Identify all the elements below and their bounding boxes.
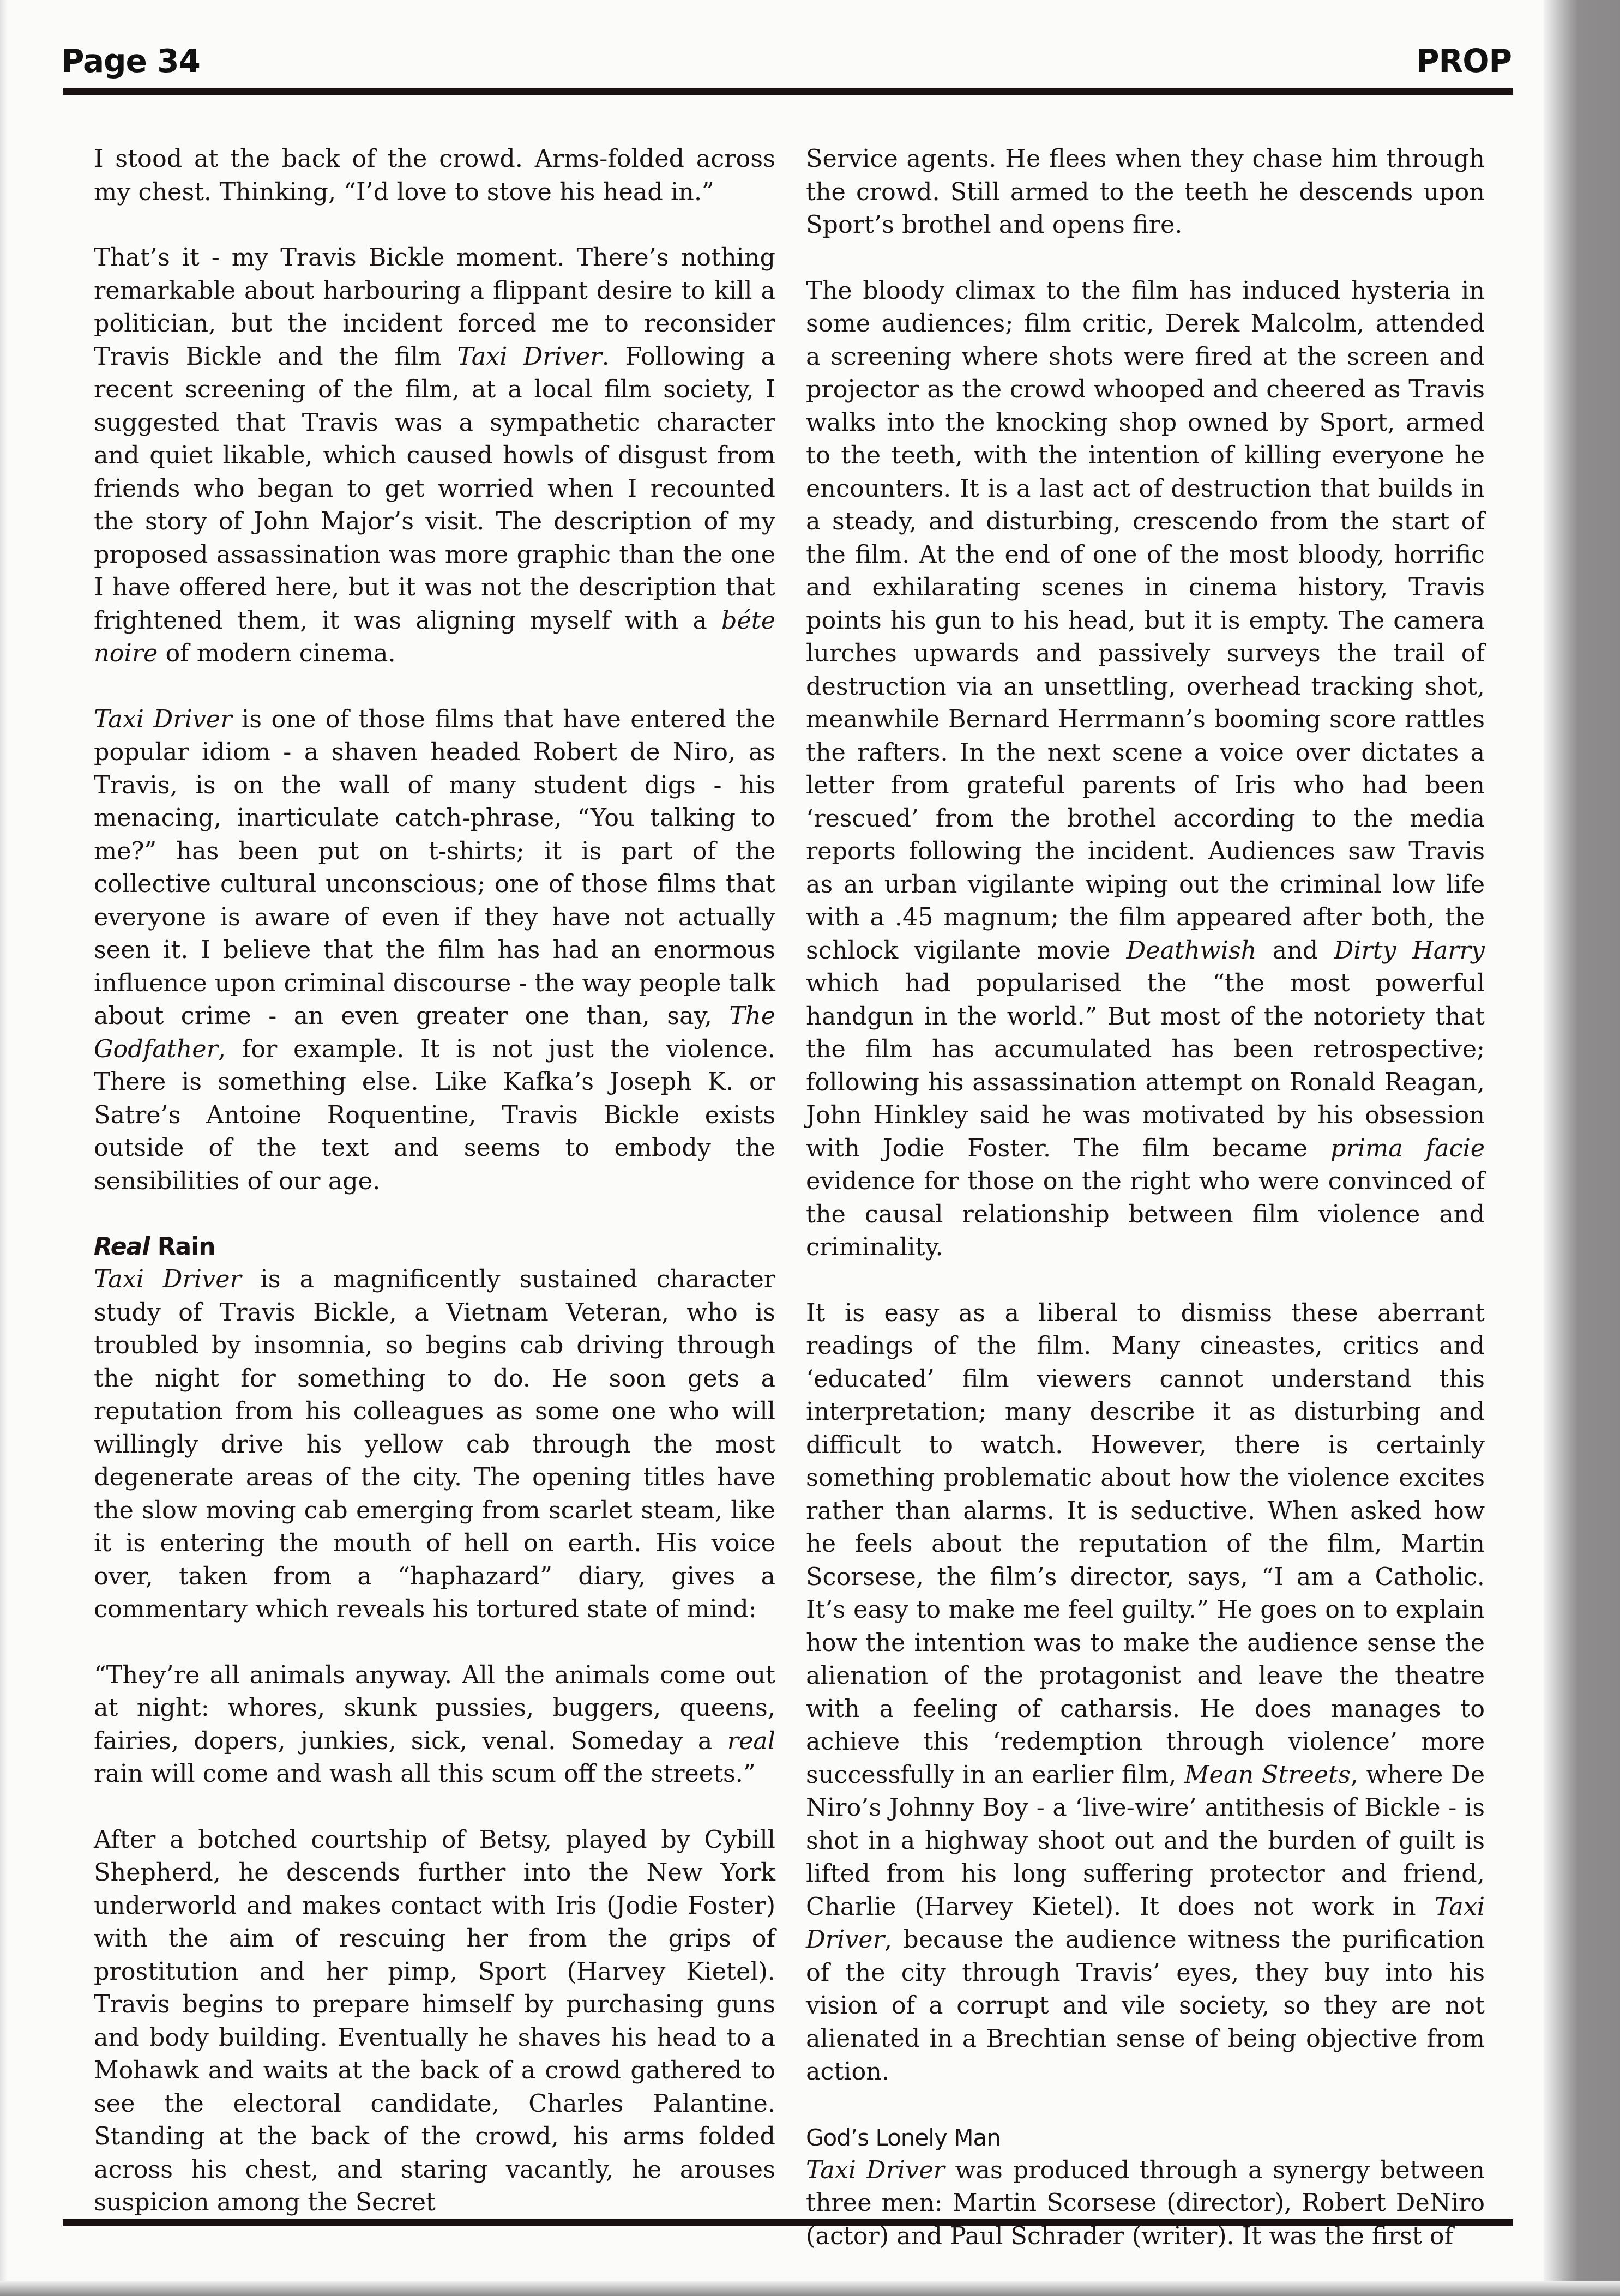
paragraph-text: After a botched courtship of Betsy, play… — [94, 1826, 775, 2217]
paragraph-text: and — [1256, 937, 1334, 965]
film-title: Deathwish — [1126, 937, 1256, 965]
film-title: Taxi Driver — [94, 706, 232, 733]
paragraph: That’s it - my Travis Bickle moment. The… — [94, 242, 775, 671]
header-rule — [63, 88, 1513, 95]
left-column: I stood at the back of the crowd. Arms-f… — [94, 143, 775, 2220]
paragraph: After a botched courtship of Betsy, play… — [94, 1824, 775, 2220]
heading-italic: Real — [94, 1233, 149, 1261]
page-left-edge — [0, 0, 8, 2296]
section-heading-gods-lonely-man: God’s Lonely Man — [806, 2122, 1485, 2154]
page-number: Page 34 — [61, 43, 200, 80]
paragraph-text: of modern cinema. — [158, 640, 395, 667]
paragraph: The bloody climax to the film has induce… — [806, 275, 1485, 1264]
page-header: Page 34 PROP — [61, 43, 1511, 86]
voice-over-quote: “They’re all animals anyway. All the ani… — [94, 1659, 775, 1791]
quote-text: rain will come and wash all this scum of… — [94, 1760, 756, 1788]
right-column: Service agents. He flees when they chase… — [806, 143, 1485, 2253]
paragraph: Taxi Driver is a magnificently sustained… — [94, 1263, 775, 1626]
paragraph-text: Service agents. He flees when they chase… — [806, 145, 1485, 239]
italic-phrase: prima facie — [1330, 1135, 1485, 1162]
film-title: Taxi Driver — [457, 343, 601, 371]
film-title: Dirty Harry — [1334, 937, 1485, 965]
paragraph: Service agents. He flees when they chase… — [806, 143, 1485, 242]
paragraph: Taxi Driver was produced through a syner… — [806, 2154, 1485, 2253]
footer-rule — [63, 2219, 1513, 2226]
paragraph-text: . Following a recent screening of the fi… — [94, 343, 775, 635]
section-heading-real-rain: Real Rain — [94, 1231, 775, 1263]
film-title: Mean Streets — [1184, 1761, 1351, 1789]
binding-shadow — [1544, 0, 1620, 2296]
film-title: Taxi Driver — [806, 2156, 945, 2184]
paragraph-text: evidence for those on the right who were… — [806, 1167, 1485, 1261]
paragraph-text: is one of those films that have entered … — [94, 706, 775, 1031]
film-title: Taxi Driver — [94, 1265, 242, 1293]
paragraph: Taxi Driver is one of those films that h… — [94, 703, 775, 1198]
paragraph: I stood at the back of the crowd. Arms-f… — [94, 143, 775, 209]
italic-word: real — [727, 1727, 775, 1755]
paragraph: It is easy as a liberal to dismiss these… — [806, 1297, 1485, 2089]
heading-text: Rain — [149, 1233, 215, 1261]
paragraph-text: is a magnificently sustained character s… — [94, 1265, 775, 1623]
paragraph-text: , because the audience witness the purif… — [806, 1926, 1485, 2086]
paragraph-text: It is easy as a liberal to dismiss these… — [806, 1299, 1485, 1789]
page-bottom-edge — [0, 2281, 1620, 2296]
paragraph-text: which had popularised the “the most powe… — [806, 969, 1485, 1162]
quote-text: “They’re all animals anyway. All the ani… — [94, 1661, 775, 1755]
paragraph-text: I stood at the back of the crowd. Arms-f… — [94, 145, 775, 206]
magazine-masthead: PROP — [1416, 43, 1511, 80]
paragraph-text: The bloody climax to the film has induce… — [806, 277, 1485, 965]
